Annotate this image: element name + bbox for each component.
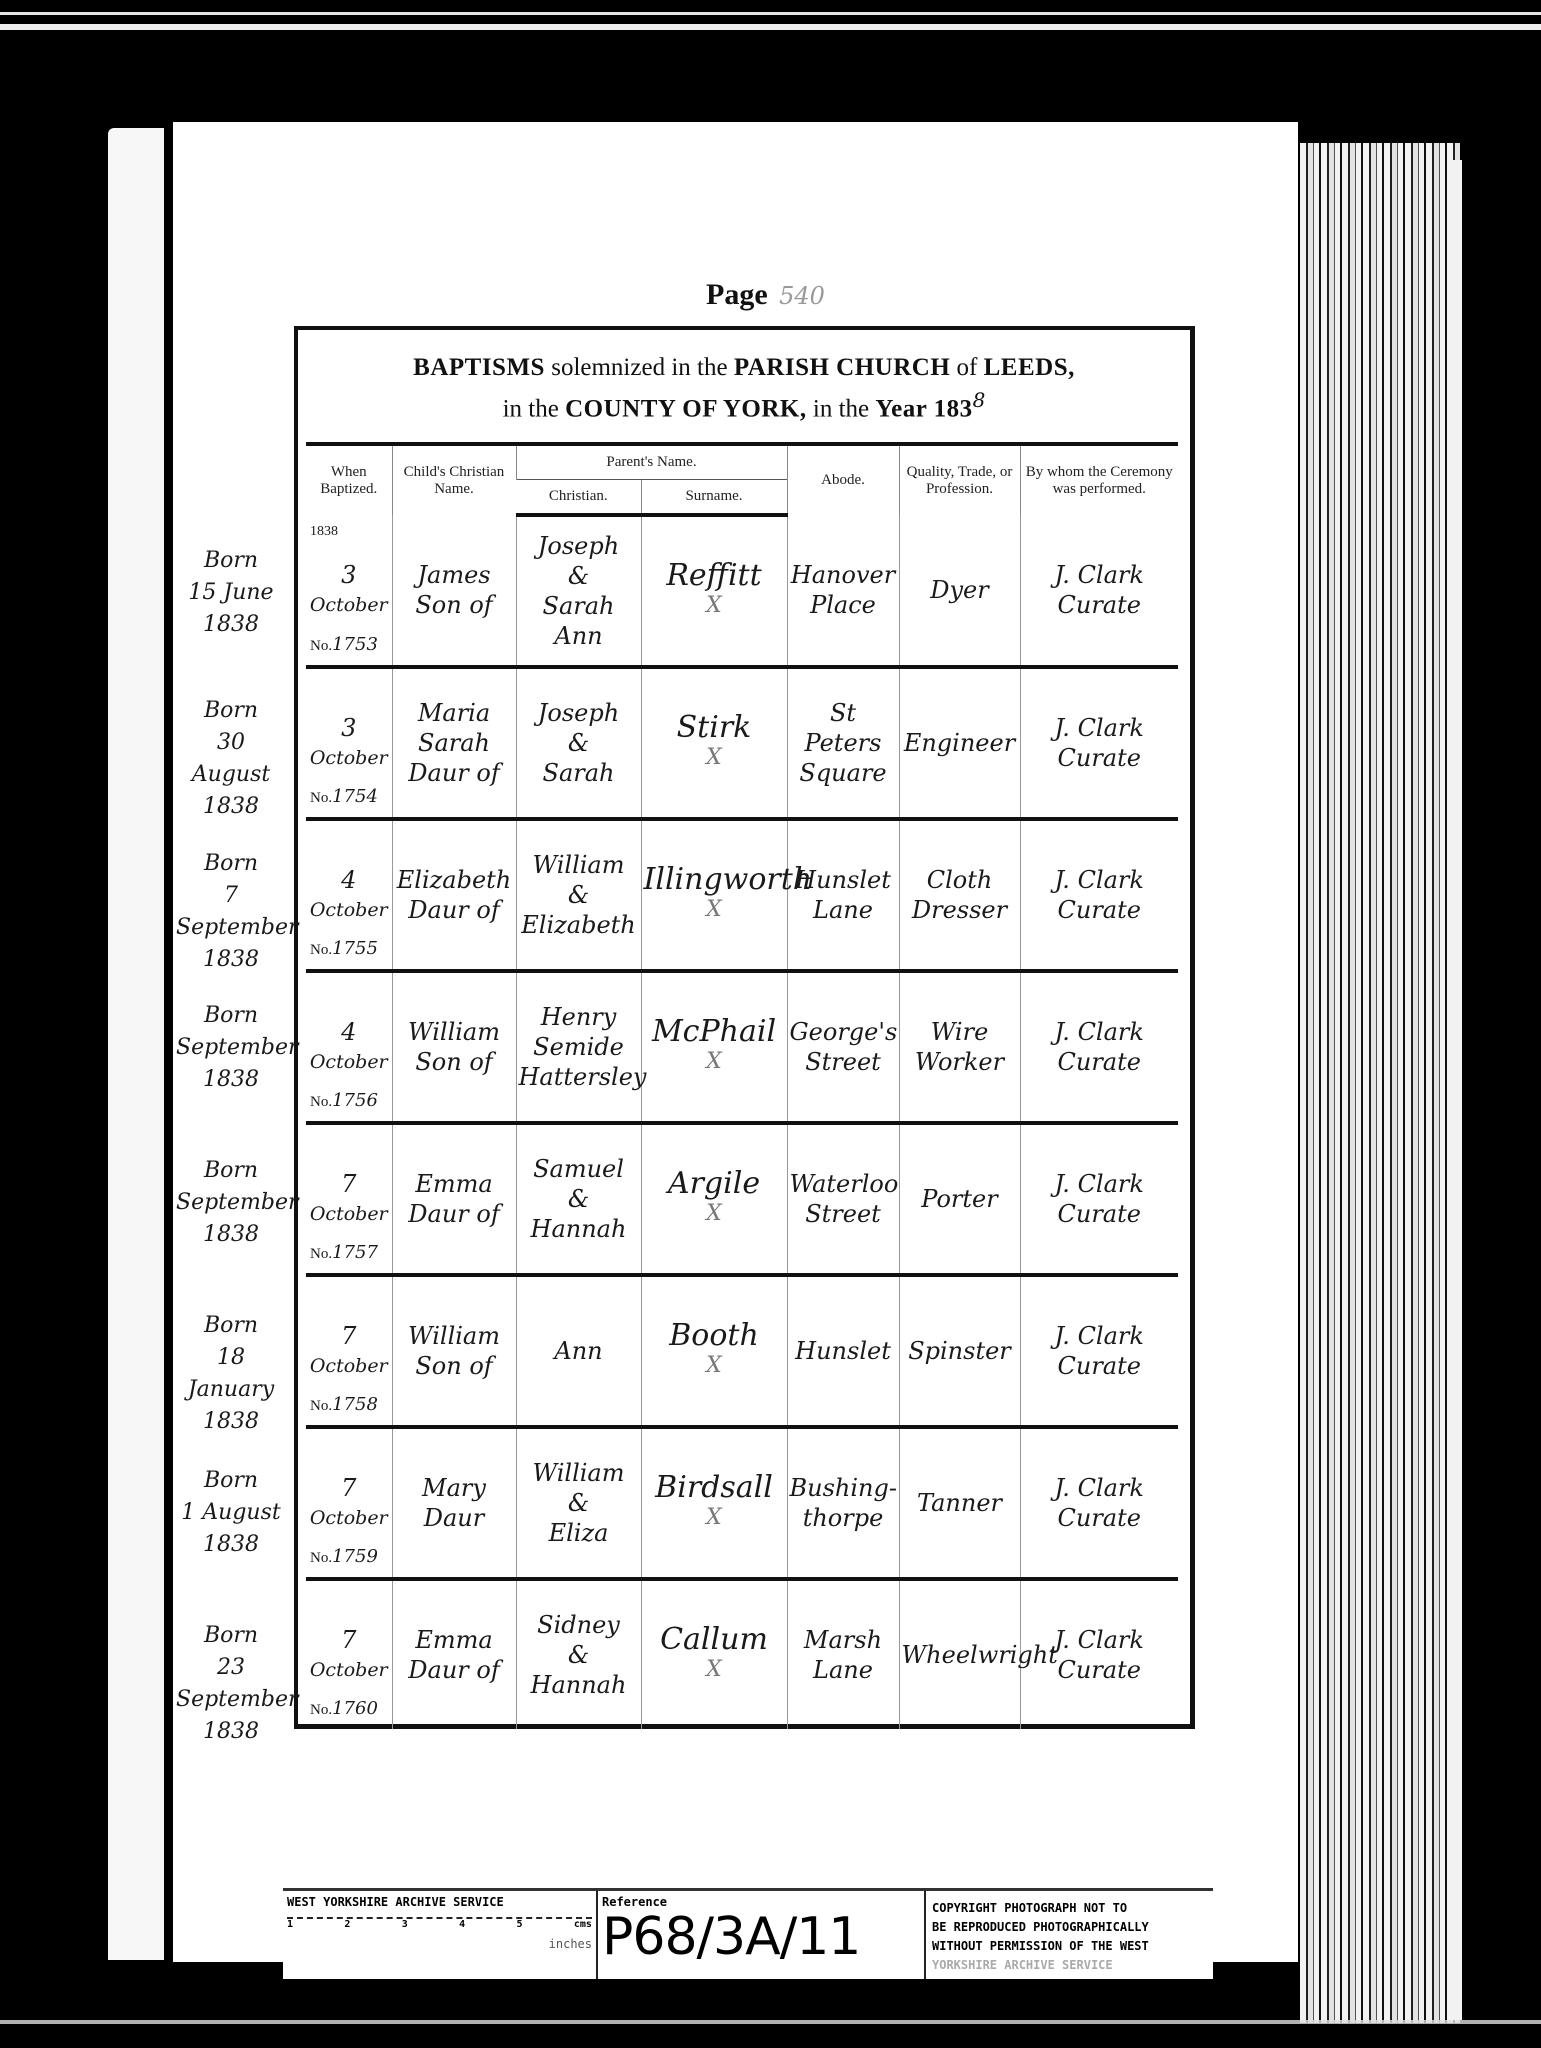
title-word: PARISH CHURCH — [734, 354, 950, 381]
line: J. Clark — [1023, 1017, 1177, 1047]
birth-note-line: Born — [176, 545, 286, 577]
signature-mark: X — [644, 1351, 785, 1381]
birth-note-line: September — [176, 1032, 286, 1064]
ruler-unit-cm: cms — [574, 1919, 592, 1937]
cell-child-name: WilliamSon of — [392, 1275, 516, 1427]
line: Mary — [395, 1473, 514, 1503]
surname: Argile — [644, 1169, 785, 1199]
signature-mark: X — [644, 591, 785, 621]
line: Dresser — [902, 895, 1018, 925]
right-page-leaf — [1450, 160, 1462, 2020]
baptism-day: 7 — [308, 1473, 390, 1503]
title-word: in the — [503, 395, 559, 422]
signature-mark: X — [644, 1199, 785, 1229]
line: St Peters — [790, 698, 897, 758]
cell-abode: HanoverPlace — [787, 515, 899, 667]
line: Curate — [1023, 1503, 1177, 1533]
title-year: Year 183 — [875, 395, 972, 422]
birth-note-line: September — [176, 1187, 286, 1219]
col-abode: Abode. — [787, 444, 899, 515]
entry-number-value: 1754 — [332, 786, 378, 807]
birth-note: Born18 January1838 — [176, 1310, 286, 1438]
line: Curate — [1023, 743, 1177, 773]
line: J. Clark — [1023, 1169, 1177, 1199]
cell-by-whom: J. ClarkCurate — [1020, 971, 1178, 1123]
line: Joseph — [519, 531, 639, 561]
line: Waterloo — [790, 1169, 897, 1199]
entry-number: No.1760 — [310, 1694, 378, 1725]
cell-abode: Bushing-thorpe — [787, 1427, 899, 1579]
line: Joseph — [519, 698, 639, 728]
surname: Stirk — [644, 713, 785, 743]
cell-parent-surname: Reffitt X — [641, 515, 787, 667]
reference-panel: Reference P68/3A/11 — [598, 1891, 926, 1979]
line: & — [519, 561, 639, 591]
cell-child-name: EmmaDaur of — [392, 1123, 516, 1275]
entry-number: No.1755 — [310, 934, 378, 965]
birth-note-line: 1838 — [176, 1064, 286, 1096]
cell-parent-christian: Joseph&Sarah — [516, 667, 641, 819]
cell-parent-christian: William&Eliza — [516, 1427, 641, 1579]
cell-parent-surname: Argile X — [641, 1123, 787, 1275]
line: Sidney — [519, 1610, 639, 1640]
title-year-handwritten: 8 — [973, 388, 986, 412]
line: & — [519, 880, 639, 910]
birth-note: Born30 August1838 — [176, 695, 286, 823]
line: Son of — [395, 1047, 514, 1077]
line: J. Clark — [1023, 1473, 1177, 1503]
birth-note-line: 7 September — [176, 880, 286, 944]
line: Henry — [519, 1002, 639, 1032]
cell-parent-christian: Ann — [516, 1275, 641, 1427]
line: J. Clark — [1023, 865, 1177, 895]
cell-when-baptized: 7 October No.1760 — [306, 1579, 392, 1729]
line: Daur of — [395, 758, 514, 788]
cell-parent-surname: Illingworth X — [641, 819, 787, 971]
line: Curate — [1023, 1047, 1177, 1077]
book-page-edges — [1300, 143, 1460, 2023]
line: Ann — [519, 1336, 639, 1366]
birth-note: Born1 August1838 — [176, 1465, 286, 1561]
cell-trade: Engineer — [899, 667, 1020, 819]
line: Curate — [1023, 1351, 1177, 1381]
surname: Illingworth — [644, 865, 785, 895]
line: Son of — [395, 590, 514, 620]
cell-by-whom: J. ClarkCurate — [1020, 515, 1178, 667]
cell-when-baptized: 7 October No.1757 — [306, 1123, 392, 1275]
line: Daur of — [395, 895, 514, 925]
signature-mark: X — [644, 895, 785, 925]
signature-mark: X — [644, 743, 785, 773]
cell-when-baptized: 3 October No.1754 — [306, 667, 392, 819]
birth-note-line: 1838 — [176, 1219, 286, 1251]
birth-note-line: 1838 — [176, 1529, 286, 1561]
cell-when-baptized: 7 October No.1759 — [306, 1427, 392, 1579]
signature-mark: X — [644, 1503, 785, 1533]
cell-parent-christian: Joseph&Sarah Ann — [516, 515, 641, 667]
cell-abode: St PetersSquare — [787, 667, 899, 819]
entry-number-label: No. — [310, 942, 332, 958]
line: Porter — [902, 1184, 1018, 1214]
line: Hannah — [519, 1670, 639, 1700]
entry-number-value: 1753 — [332, 634, 378, 655]
surname: Callum — [644, 1625, 785, 1655]
ruler-tick: 1 — [287, 1919, 293, 1937]
birth-note: Born23 September1838 — [176, 1620, 286, 1748]
entry-number: No.1757 — [310, 1238, 378, 1269]
cell-by-whom: J. ClarkCurate — [1020, 1275, 1178, 1427]
register-entry: 7 October No.1760 EmmaDaur of Sidney&Han… — [306, 1579, 1178, 1729]
line: J. Clark — [1023, 1625, 1177, 1655]
birth-note-line: 1838 — [176, 1406, 286, 1438]
baptism-month: October — [308, 590, 390, 620]
birth-note: Born7 September1838 — [176, 848, 286, 976]
line: Worker — [902, 1047, 1018, 1077]
cell-parent-christian: William&Elizabeth — [516, 819, 641, 971]
entry-number-label: No. — [310, 1550, 332, 1566]
line: Lane — [790, 895, 897, 925]
scan-edge-bottom — [0, 2020, 1541, 2024]
register-year: 1838 — [310, 517, 338, 547]
cell-trade: Spinster — [899, 1275, 1020, 1427]
entry-number-value: 1758 — [332, 1394, 378, 1415]
title-word: of — [957, 354, 978, 381]
birth-note-line: Born — [176, 1620, 286, 1652]
birth-note-line: 1838 — [176, 791, 286, 823]
line: William — [519, 1458, 639, 1488]
cell-parent-surname: Birdsall X — [641, 1427, 787, 1579]
col-child-name: Child's Christian Name. — [392, 444, 516, 515]
line: Hanover — [790, 560, 897, 590]
line: Engineer — [902, 728, 1018, 758]
baptism-month: October — [308, 743, 390, 773]
entry-number: No.1758 — [310, 1390, 378, 1421]
line: Elizabeth — [519, 910, 639, 940]
cell-by-whom: J. ClarkCurate — [1020, 819, 1178, 971]
birth-note-line: Born — [176, 1465, 286, 1497]
line: Sarah — [519, 758, 639, 788]
cell-abode: MarshLane — [787, 1579, 899, 1729]
entry-number-value: 1759 — [332, 1546, 378, 1567]
cell-by-whom: J. ClarkCurate — [1020, 1427, 1178, 1579]
archive-name: WEST YORKSHIRE ARCHIVE SERVICE — [287, 1895, 592, 1909]
line: Curate — [1023, 1655, 1177, 1685]
cell-by-whom: J. ClarkCurate — [1020, 1123, 1178, 1275]
line: Place — [790, 590, 897, 620]
cell-abode: George'sStreet — [787, 971, 899, 1123]
col-trade: Quality, Trade, or Profession. — [899, 444, 1020, 515]
birth-note-line: 1838 — [176, 944, 286, 976]
baptism-month: October — [308, 1655, 390, 1685]
line: Daur of — [395, 1655, 514, 1685]
cell-trade: Dyer — [899, 515, 1020, 667]
line: Semide — [519, 1032, 639, 1062]
line: J. Clark — [1023, 1321, 1177, 1351]
line: Sarah Ann — [519, 591, 639, 651]
cell-child-name: MaryDaur — [392, 1427, 516, 1579]
line: George's — [790, 1017, 897, 1047]
entry-number-value: 1757 — [332, 1242, 378, 1263]
line: Cloth — [902, 865, 1018, 895]
cell-abode: Hunslet — [787, 1275, 899, 1427]
title-word: LEEDS, — [984, 354, 1075, 381]
birth-note-line: 1838 — [176, 1716, 286, 1748]
register-table: When Baptized. Child's Christian Name. P… — [306, 442, 1178, 1729]
line: Lane — [790, 1655, 897, 1685]
baptism-day: 7 — [308, 1321, 390, 1351]
entry-number-label: No. — [310, 790, 332, 806]
entry-number: No.1759 — [310, 1542, 378, 1573]
line: Wire — [902, 1017, 1018, 1047]
line: J. Clark — [1023, 560, 1177, 590]
cell-when-baptized: 7 October No.1758 — [306, 1275, 392, 1427]
birth-note-line: Born — [176, 695, 286, 727]
ruler-tick: 4 — [459, 1919, 465, 1937]
cell-child-name: MariaSarahDaur of — [392, 667, 516, 819]
line: Marsh — [790, 1625, 897, 1655]
cell-by-whom: J. ClarkCurate — [1020, 667, 1178, 819]
birth-note-line: 1 August — [176, 1497, 286, 1529]
scan-edge-top — [0, 12, 1541, 15]
archive-stamp: WEST YORKSHIRE ARCHIVE SERVICE 1 2 3 4 5… — [283, 1888, 1213, 1979]
birth-note-line: 30 August — [176, 727, 286, 791]
baptism-month: October — [308, 895, 390, 925]
page-label: Page — [706, 278, 768, 311]
cell-trade: Porter — [899, 1123, 1020, 1275]
entry-number-label: No. — [310, 1246, 332, 1262]
title-word: solemnized in the — [551, 354, 727, 381]
line: Daur of — [395, 1199, 514, 1229]
col-parent-christian: Christian. — [516, 480, 641, 516]
register-entry: 7 October No.1759 MaryDaur William&Eliza… — [306, 1427, 1178, 1579]
reference-number: P68/3A/11 — [602, 1909, 920, 1965]
line: & — [519, 728, 639, 758]
line: William — [395, 1321, 514, 1351]
birth-note-line: Born — [176, 848, 286, 880]
cell-trade: WireWorker — [899, 971, 1020, 1123]
entry-number-value: 1755 — [332, 938, 378, 959]
page-number-handwritten: 540 — [779, 282, 825, 310]
line: Spinster — [902, 1336, 1018, 1366]
register-entry: 7 October No.1757 EmmaDaur of Samuel&Han… — [306, 1123, 1178, 1275]
entry-number-value: 1760 — [332, 1698, 378, 1719]
archive-ruler-panel: WEST YORKSHIRE ARCHIVE SERVICE 1 2 3 4 5… — [283, 1891, 598, 1979]
cell-parent-surname: Booth X — [641, 1275, 787, 1427]
line: Curate — [1023, 1199, 1177, 1229]
entry-number: No.1753 — [310, 630, 378, 661]
scan-edge-top-2 — [0, 24, 1541, 30]
cell-trade: ClothDresser — [899, 819, 1020, 971]
register-entry: 1838 3 October No.1753 JamesSon of Josep… — [306, 515, 1178, 667]
copyright-line: COPYRIGHT PHOTOGRAPH NOT TO — [932, 1899, 1207, 1918]
surname: Birdsall — [644, 1473, 785, 1503]
left-page-leaf — [108, 128, 164, 1960]
line: Hunslet — [790, 865, 897, 895]
cell-trade: Tanner — [899, 1427, 1020, 1579]
entry-number-value: 1756 — [332, 1090, 378, 1111]
line: Maria — [395, 698, 514, 728]
baptism-register: BAPTISMS solemnized in the PARISH CHURCH… — [294, 326, 1195, 1729]
cell-parent-surname: McPhail X — [641, 971, 787, 1123]
cell-when-baptized: 4 October No.1755 — [306, 819, 392, 971]
birth-note-line: Born — [176, 1000, 286, 1032]
register-title: BAPTISMS solemnized in the PARISH CHURCH… — [298, 330, 1190, 423]
entry-number-label: No. — [310, 638, 332, 654]
line: Curate — [1023, 590, 1177, 620]
line: James — [395, 560, 514, 590]
line: & — [519, 1640, 639, 1670]
baptism-day: 4 — [308, 865, 390, 895]
line: William — [519, 850, 639, 880]
title-word: COUNTY OF YORK, — [565, 395, 807, 422]
line: Curate — [1023, 895, 1177, 925]
cell-child-name: WilliamSon of — [392, 971, 516, 1123]
cell-parent-christian: Samuel&Hannah — [516, 1123, 641, 1275]
line: Hannah — [519, 1214, 639, 1244]
birth-note-line: 1838 — [176, 609, 286, 641]
ruler-unit-inches: inches — [287, 1937, 592, 1951]
title-word: in the — [813, 395, 869, 422]
line: Son of — [395, 1351, 514, 1381]
register-entry: 3 October No.1754 MariaSarahDaur of Jose… — [306, 667, 1178, 819]
line: Dyer — [902, 575, 1018, 605]
cell-parent-christian: Sidney&Hannah — [516, 1579, 641, 1729]
cell-parent-christian: HenrySemideHattersley — [516, 971, 641, 1123]
copyright-panel: COPYRIGHT PHOTOGRAPH NOT TO BE REPRODUCE… — [926, 1891, 1213, 1979]
cell-child-name: JamesSon of — [392, 515, 516, 667]
line: & — [519, 1184, 639, 1214]
baptism-month: October — [308, 1503, 390, 1533]
signature-mark: X — [644, 1655, 785, 1685]
line: Hunslet — [790, 1336, 897, 1366]
line: Street — [790, 1047, 897, 1077]
birth-note-line: Born — [176, 1155, 286, 1187]
baptism-month: October — [308, 1199, 390, 1229]
col-when-baptized: When Baptized. — [306, 444, 392, 515]
page-number: Page 540 — [706, 278, 825, 312]
baptism-day: 3 — [308, 713, 390, 743]
birth-note-line: Born — [176, 1310, 286, 1342]
cell-parent-surname: Stirk X — [641, 667, 787, 819]
line: Daur — [395, 1503, 514, 1533]
baptism-month: October — [308, 1351, 390, 1381]
line: thorpe — [790, 1503, 897, 1533]
cell-child-name: ElizabethDaur of — [392, 819, 516, 971]
copyright-line: YORKSHIRE ARCHIVE SERVICE — [932, 1956, 1207, 1975]
birth-note-line: 23 September — [176, 1652, 286, 1716]
line: Emma — [395, 1169, 514, 1199]
birth-note: BornSeptember1838 — [176, 1000, 286, 1096]
baptism-day: 7 — [308, 1625, 390, 1655]
ruler-tick: 3 — [402, 1919, 408, 1937]
entry-number: No.1754 — [310, 782, 378, 813]
ruler-tick: 5 — [517, 1919, 523, 1937]
cell-child-name: EmmaDaur of — [392, 1579, 516, 1729]
baptism-month: October — [308, 1047, 390, 1077]
col-by-whom: By whom the Ceremony was performed. — [1020, 444, 1178, 515]
copyright-line: WITHOUT PERMISSION OF THE WEST — [932, 1937, 1207, 1956]
cell-when-baptized: 4 October No.1756 — [306, 971, 392, 1123]
line: Street — [790, 1199, 897, 1229]
cell-abode: HunsletLane — [787, 819, 899, 971]
ruler-tick: 2 — [344, 1919, 350, 1937]
register-entry: 4 October No.1755 ElizabethDaur of Willi… — [306, 819, 1178, 971]
signature-mark: X — [644, 1047, 785, 1077]
baptism-day: 3 — [308, 560, 390, 590]
surname: Booth — [644, 1321, 785, 1351]
entry-number-label: No. — [310, 1094, 332, 1110]
birth-note: Born15 June1838 — [176, 545, 286, 641]
baptism-day: 7 — [308, 1169, 390, 1199]
birth-note-line: 15 June — [176, 577, 286, 609]
line: J. Clark — [1023, 713, 1177, 743]
cell-abode: WaterlooStreet — [787, 1123, 899, 1275]
title-word: BAPTISMS — [413, 354, 545, 381]
scale-ruler: 1 2 3 4 5 cms — [287, 1917, 592, 1937]
cell-trade: Wheelwright — [899, 1579, 1020, 1729]
line: Elizabeth — [395, 865, 514, 895]
col-parent-surname: Surname. — [641, 480, 787, 516]
cell-parent-surname: Callum X — [641, 1579, 787, 1729]
surname: Reffitt — [644, 561, 785, 591]
entry-number-label: No. — [310, 1398, 332, 1414]
register-entry: 4 October No.1756 WilliamSon of HenrySem… — [306, 971, 1178, 1123]
line: Bushing- — [790, 1473, 897, 1503]
copyright-line: BE REPRODUCED PHOTOGRAPHICALLY — [932, 1918, 1207, 1937]
entry-number: No.1756 — [310, 1086, 378, 1117]
col-parents-name: Parent's Name. — [516, 444, 787, 480]
birth-note-line: 18 January — [176, 1342, 286, 1406]
cell-by-whom: J. ClarkCurate — [1020, 1579, 1178, 1729]
line: Emma — [395, 1625, 514, 1655]
line: William — [395, 1017, 514, 1047]
line: Tanner — [902, 1488, 1018, 1518]
entry-number-label: No. — [310, 1702, 332, 1718]
surname: McPhail — [644, 1017, 785, 1047]
line: Samuel — [519, 1154, 639, 1184]
register-entry: 7 October No.1758 WilliamSon of Ann Boot… — [306, 1275, 1178, 1427]
line: Sarah — [395, 728, 514, 758]
cell-when-baptized: 1838 3 October No.1753 — [306, 515, 392, 667]
baptism-day: 4 — [308, 1017, 390, 1047]
line: Eliza — [519, 1518, 639, 1548]
birth-note: BornSeptember1838 — [176, 1155, 286, 1251]
line: Hattersley — [519, 1062, 639, 1092]
line: Square — [790, 758, 897, 788]
line: & — [519, 1488, 639, 1518]
line: Wheelwright — [902, 1640, 1018, 1670]
